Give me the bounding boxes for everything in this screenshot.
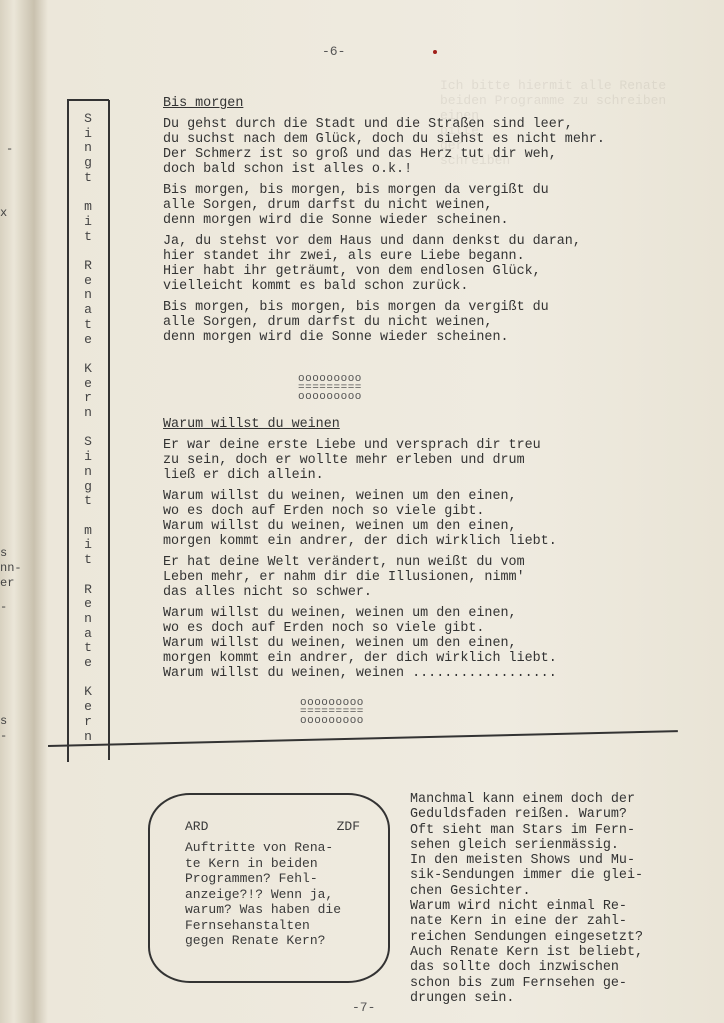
vertical-letter: a — [80, 627, 96, 642]
lyric-line: Warum willst du weinen, weinen um den ei… — [163, 636, 663, 651]
ornament-divider: ooooooooo ========= ooooooooo — [300, 699, 364, 726]
lyric-line: zu sein, doch er wollte mehr erleben und… — [163, 453, 663, 468]
gutter-fragment: - — [0, 600, 7, 614]
vertical-letter: g — [80, 156, 96, 171]
vertical-letter: t — [80, 318, 96, 333]
vertical-letter: R — [80, 583, 96, 598]
song-bis-morgen: Bis morgen Du gehst durch die Stadt und … — [163, 96, 663, 351]
scanned-page: Ich bitte hiermit alle Renate beiden Pro… — [0, 0, 724, 1023]
page-number-top: -6- — [322, 44, 345, 59]
vertical-letter: n — [80, 141, 96, 156]
lyric-line: das alles nicht so schwer. — [163, 585, 663, 600]
song-lyrics: Er war deine erste Liebe und versprach d… — [163, 438, 663, 681]
lyric-line: Leben mehr, er nahm dir die Illusionen, … — [163, 570, 663, 585]
frame-line — [67, 99, 109, 101]
lyric-line: Bis morgen, bis morgen, bis morgen da ve… — [163, 300, 663, 315]
vertical-letter: n — [80, 465, 96, 480]
vertical-letter: m — [80, 524, 96, 539]
lyric-line: wo es doch auf Erden noch so viele gibt. — [163, 504, 663, 519]
lyric-line: Du gehst durch die Stadt und die Straßen… — [163, 117, 663, 132]
vertical-letter: K — [80, 685, 96, 700]
vertical-letter: m — [80, 200, 96, 215]
stanza: Warum willst du weinen, weinen um den ei… — [163, 489, 663, 549]
vertical-letter — [80, 347, 96, 362]
vertical-letter: S — [80, 112, 96, 127]
gutter-fragment: x — [0, 206, 7, 220]
lyric-line: Warum willst du weinen, weinen .........… — [163, 666, 663, 681]
frame-line — [108, 100, 110, 760]
vertical-letter — [80, 421, 96, 436]
vertical-letter — [80, 244, 96, 259]
stanza: Bis morgen, bis morgen, bis morgen da ve… — [163, 183, 663, 228]
vertical-letter: e — [80, 700, 96, 715]
vertical-letter: n — [80, 288, 96, 303]
tv-box-text: Auftritte von Rena- te Kern in beiden Pr… — [185, 840, 365, 949]
vertical-letter: e — [80, 274, 96, 289]
gutter-fragment: - — [0, 729, 7, 743]
vertical-letter: n — [80, 612, 96, 627]
ink-dot — [433, 50, 437, 54]
vertical-letter: i — [80, 127, 96, 142]
lyric-line: hier standet ihr zwei, als eure Liebe be… — [163, 249, 663, 264]
gutter-fragment: - — [6, 142, 13, 156]
vertical-letter: a — [80, 303, 96, 318]
song-title: Bis morgen — [163, 96, 663, 111]
frame-line — [67, 100, 69, 762]
lyric-line: morgen kommt ein andrer, der dich wirkli… — [163, 534, 663, 549]
lyric-line: denn morgen wird die Sonne wieder schein… — [163, 213, 663, 228]
vertical-letter: R — [80, 259, 96, 274]
vertical-letter: n — [80, 406, 96, 421]
vertical-letter — [80, 568, 96, 583]
frame-line — [48, 730, 678, 747]
stanza: Ja, du stehst vor dem Haus und dann denk… — [163, 234, 663, 294]
lyric-line: Warum willst du weinen, weinen um den ei… — [163, 519, 663, 534]
stanza: Bis morgen, bis morgen, bis morgen da ve… — [163, 300, 663, 345]
gutter-fragment: er — [0, 576, 14, 590]
vertical-letter: e — [80, 656, 96, 671]
gutter-fragment: s — [0, 546, 7, 560]
lyric-line: alle Sorgen, drum darfst du nicht weinen… — [163, 198, 663, 213]
vertical-letter: e — [80, 597, 96, 612]
lyric-line: Hier habt ihr geträumt, von dem endlosen… — [163, 264, 663, 279]
left-page-edge: - x s nn- er - s - — [0, 0, 34, 1023]
lyric-line: Ja, du stehst vor dem Haus und dann denk… — [163, 234, 663, 249]
tv-screen-box: ARD ZDF Auftritte von Rena- te Kern in b… — [148, 793, 390, 983]
gutter-fragment: s — [0, 714, 7, 728]
stanza: Warum willst du weinen, weinen um den ei… — [163, 606, 663, 681]
vertical-letter — [80, 509, 96, 524]
lyric-line: morgen kommt ein andrer, der dich wirkli… — [163, 651, 663, 666]
vertical-letter: t — [80, 641, 96, 656]
song-title: Warum willst du weinen — [163, 417, 663, 432]
song-warum-willst-du-weinen: Warum willst du weinen Er war deine erst… — [163, 417, 663, 687]
stanza: Du gehst durch die Stadt und die Straßen… — [163, 117, 663, 177]
song-lyrics: Du gehst durch die Stadt und die Straßen… — [163, 117, 663, 345]
vertical-letter: t — [80, 553, 96, 568]
ornament-row: ooooooooo — [298, 393, 362, 402]
vertical-letter — [80, 186, 96, 201]
vertical-letter: K — [80, 362, 96, 377]
vertical-letter: g — [80, 480, 96, 495]
lyric-line: denn morgen wird die Sonne wieder schein… — [163, 330, 663, 345]
vertical-letter: i — [80, 215, 96, 230]
lyric-line: Warum willst du weinen, weinen um den ei… — [163, 606, 663, 621]
vertical-letter: i — [80, 538, 96, 553]
lyric-line: du suchst nach dem Glück, doch du siehst… — [163, 132, 663, 147]
lyric-line: wo es doch auf Erden noch so viele gibt. — [163, 621, 663, 636]
channel-ard: ARD — [185, 819, 208, 834]
sidebar-vertical-text: Singt mit Renate Kern Singt mit Renate K… — [80, 112, 96, 744]
lyric-line: Der Schmerz ist so groß und das Herz tut… — [163, 147, 663, 162]
ornament-divider: ooooooooo ========= ooooooooo — [298, 375, 362, 402]
stanza: Er war deine erste Liebe und versprach d… — [163, 438, 663, 483]
side-article-text: Manchmal kann einem doch der Geduldsfade… — [410, 792, 710, 1006]
lyric-line: Er hat deine Welt verändert, nun weißt d… — [163, 555, 663, 570]
vertical-letter — [80, 671, 96, 686]
vertical-letter: r — [80, 391, 96, 406]
stanza: Er hat deine Welt verändert, nun weißt d… — [163, 555, 663, 600]
ornament-row: ooooooooo — [300, 717, 364, 726]
lyric-line: Bis morgen, bis morgen, bis morgen da ve… — [163, 183, 663, 198]
lyric-line: doch bald schon ist alles o.k.! — [163, 162, 663, 177]
channel-labels: ARD ZDF — [185, 819, 360, 834]
lyric-line: vielleicht kommt es bald schon zurück. — [163, 279, 663, 294]
vertical-letter: r — [80, 715, 96, 730]
lyric-line: Warum willst du weinen, weinen um den ei… — [163, 489, 663, 504]
lyric-line: Er war deine erste Liebe und versprach d… — [163, 438, 663, 453]
channel-zdf: ZDF — [337, 819, 360, 834]
lyric-line: alle Sorgen, drum darfst du nicht weinen… — [163, 315, 663, 330]
vertical-letter: t — [80, 171, 96, 186]
vertical-letter: S — [80, 435, 96, 450]
vertical-letter: n — [80, 730, 96, 745]
vertical-letter: t — [80, 494, 96, 509]
vertical-letter: i — [80, 450, 96, 465]
page-number-bottom: -7- — [352, 1000, 375, 1015]
gutter-fragment: nn- — [0, 561, 22, 575]
vertical-letter: e — [80, 333, 96, 348]
lyric-line: ließ er dich allein. — [163, 468, 663, 483]
vertical-letter: t — [80, 230, 96, 245]
vertical-letter: e — [80, 377, 96, 392]
